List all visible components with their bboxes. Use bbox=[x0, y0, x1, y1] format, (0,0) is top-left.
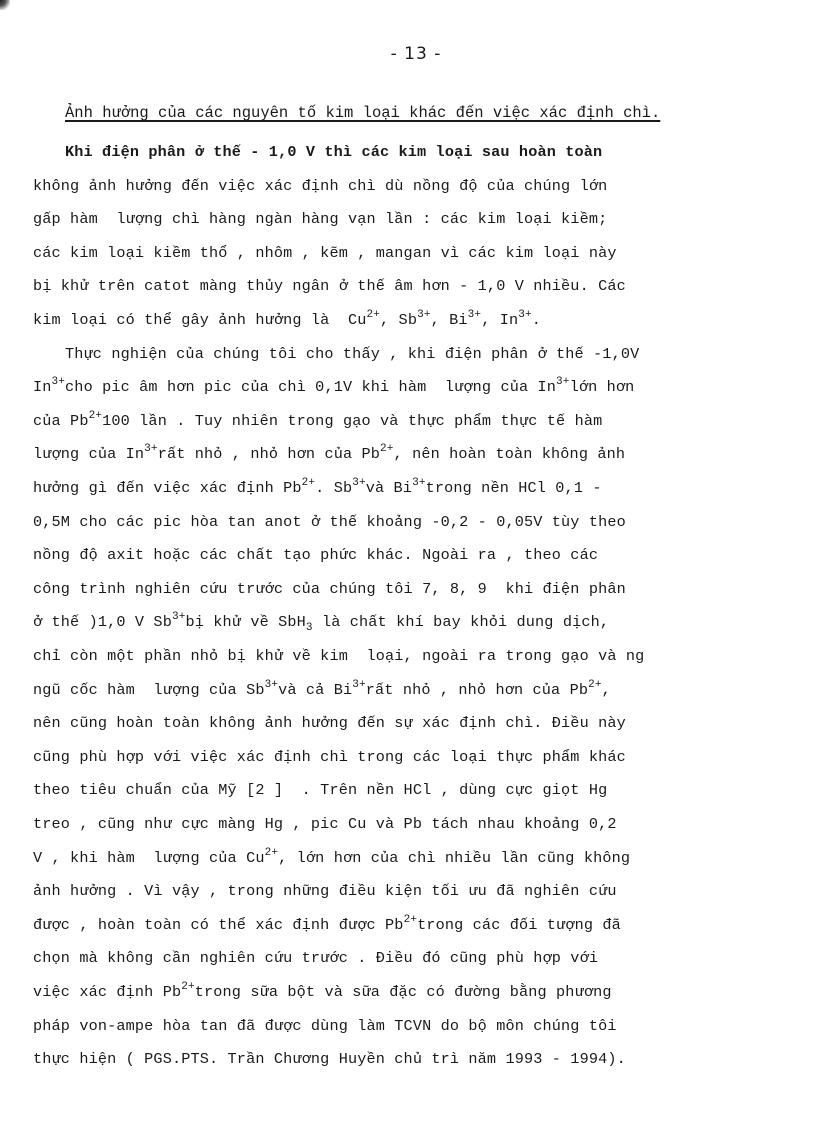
text-line: hưởng gì đến việc xác định Pb2+. Sb3+và … bbox=[33, 478, 602, 498]
text-run: , bbox=[602, 681, 611, 699]
superscript-charge: 3+ bbox=[518, 309, 532, 321]
superscript-charge: 3+ bbox=[352, 679, 366, 691]
superscript-charge: 3+ bbox=[52, 376, 66, 388]
text-run: thực hiện ( PGS.PTS. Trần Chương Huyền c… bbox=[33, 1050, 626, 1068]
superscript-charge: 2+ bbox=[588, 679, 602, 691]
text-run: ngũ cốc hàm lượng của Sb bbox=[33, 681, 265, 699]
text-line: gấp hàm lượng chì hàng ngàn hàng vạn lần… bbox=[33, 209, 607, 229]
text-run: theo tiêu chuẩn của Mỹ [2 ] . Trên nền H… bbox=[33, 781, 607, 799]
text-run: , nên hoàn toàn không ảnh bbox=[394, 445, 626, 463]
text-run: 0,5M cho các pic hòa tan anot ở thế khoả… bbox=[33, 513, 626, 531]
page-number: - 13 - bbox=[0, 44, 816, 64]
text-line: nên cũng hoàn toàn không ảnh hưởng đến s… bbox=[33, 713, 626, 733]
text-run: trong các đối tượng đã bbox=[417, 916, 621, 934]
text-line: pháp von-ampe hòa tan đã được dùng làm T… bbox=[33, 1016, 617, 1036]
text-run: pháp von-ampe hòa tan đã được dùng làm T… bbox=[33, 1017, 617, 1035]
text-run: chọn mà không cần nghiên cứu trước . Điề… bbox=[33, 949, 598, 967]
section-heading: Ảnh hưởng của các nguyên tố kim loại khá… bbox=[65, 104, 660, 122]
text-line: 0,5M cho các pic hòa tan anot ở thế khoả… bbox=[33, 512, 626, 532]
text-run: trong nền HCl 0,1 - bbox=[426, 479, 602, 497]
text-line: chọn mà không cần nghiên cứu trước . Điề… bbox=[33, 948, 598, 968]
text-run: ảnh hưởng . Vì vậy , trong những điều ki… bbox=[33, 882, 617, 900]
text-line: việc xác định Pb2+trong sữa bột và sữa đ… bbox=[33, 982, 612, 1002]
text-run: và Bi bbox=[366, 479, 412, 497]
text-line: ngũ cốc hàm lượng của Sb3+và cả Bi3+rất … bbox=[33, 680, 611, 700]
text-line: nồng độ axit hoặc các chất tạo phức khác… bbox=[33, 545, 598, 565]
text-run: Thực nghiện của chúng tôi cho thấy , khi… bbox=[65, 345, 639, 363]
text-line: ở thế )1,0 V Sb3+bị khử về SbH3 là chất … bbox=[33, 612, 609, 632]
text-line: công trình nghiên cứu trước của chúng tô… bbox=[33, 579, 626, 599]
superscript-charge: 2+ bbox=[367, 309, 381, 321]
text-run: cũng phù hợp với việc xác định chì trong… bbox=[33, 748, 626, 766]
text-line: bị khử trên catot màng thủy ngân ở thế â… bbox=[33, 276, 626, 296]
text-run: . bbox=[532, 311, 541, 329]
text-line: của Pb2+100 lần . Tuy nhiên trong gạo và… bbox=[33, 411, 602, 431]
superscript-charge: 3+ bbox=[144, 443, 158, 455]
text-line: Thực nghiện của chúng tôi cho thấy , khi… bbox=[65, 344, 639, 364]
superscript-charge: 2+ bbox=[181, 981, 195, 993]
superscript-charge: 3+ bbox=[352, 477, 366, 489]
text-run: kim loại có thể gây ảnh hưởng là Cu bbox=[33, 311, 367, 329]
text-run: lớn hơn bbox=[570, 378, 635, 396]
text-run: treo , cũng như cực màng Hg , pic Cu và … bbox=[33, 815, 617, 833]
scan-artifact bbox=[0, 0, 10, 10]
text-run: . Sb bbox=[315, 479, 352, 497]
text-run: cho pic âm hơn pic của chì 0,1V khi hàm … bbox=[65, 378, 556, 396]
text-run: các kim loại kiềm thổ , nhôm , kẽm , man… bbox=[33, 244, 617, 262]
superscript-charge: 3+ bbox=[265, 679, 279, 691]
text-run: 100 lần . Tuy nhiên trong gạo và thực ph… bbox=[102, 412, 602, 430]
superscript-charge: 3+ bbox=[417, 309, 431, 321]
text-run: Khi điện phân ở thế - 1,0 V thì các kim … bbox=[65, 143, 602, 161]
superscript-charge: 3+ bbox=[412, 477, 426, 489]
text-run: V , khi hàm lượng của Cu bbox=[33, 849, 265, 867]
text-run: việc xác định Pb bbox=[33, 983, 181, 1001]
text-run: và cả Bi bbox=[278, 681, 352, 699]
superscript-charge: 2+ bbox=[404, 914, 418, 926]
superscript-charge: 3+ bbox=[556, 376, 570, 388]
superscript-charge: 2+ bbox=[89, 410, 103, 422]
text-run: , In bbox=[481, 311, 518, 329]
superscript-charge: 2+ bbox=[380, 443, 394, 455]
superscript-charge: 3+ bbox=[468, 309, 482, 321]
text-line: các kim loại kiềm thổ , nhôm , kẽm , man… bbox=[33, 243, 617, 263]
text-line: không ảnh hưởng đến việc xác định chì dù… bbox=[33, 176, 607, 196]
text-run: là chất khí bay khỏi dung dịch, bbox=[313, 613, 609, 631]
text-line: cũng phù hợp với việc xác định chì trong… bbox=[33, 747, 626, 767]
text-run: , Bi bbox=[431, 311, 468, 329]
text-run: In bbox=[33, 378, 52, 396]
text-run: rất nhỏ , nhỏ hơn của Pb bbox=[366, 681, 588, 699]
text-run: bị khử về SbH bbox=[185, 613, 305, 631]
text-run: hưởng gì đến việc xác định Pb bbox=[33, 479, 302, 497]
superscript-charge: 2+ bbox=[265, 847, 279, 859]
text-line: thực hiện ( PGS.PTS. Trần Chương Huyền c… bbox=[33, 1049, 626, 1069]
text-run: công trình nghiên cứu trước của chúng tô… bbox=[33, 580, 626, 598]
text-line: được , hoàn toàn có thể xác định được Pb… bbox=[33, 915, 621, 935]
text-run: chỉ còn một phần nhỏ bị khử về kim loại,… bbox=[33, 647, 644, 665]
text-line: V , khi hàm lượng của Cu2+, lớn hơn của … bbox=[33, 848, 630, 868]
text-line: ảnh hưởng . Vì vậy , trong những điều ki… bbox=[33, 881, 617, 901]
text-run: của Pb bbox=[33, 412, 89, 430]
text-line: kim loại có thể gây ảnh hưởng là Cu2+, S… bbox=[33, 310, 541, 330]
text-run: rất nhỏ , nhỏ hơn của Pb bbox=[158, 445, 380, 463]
text-run: ở thế )1,0 V Sb bbox=[33, 613, 172, 631]
text-run: lượng của In bbox=[33, 445, 144, 463]
text-run: nồng độ axit hoặc các chất tạo phức khác… bbox=[33, 546, 598, 564]
text-line: treo , cũng như cực màng Hg , pic Cu và … bbox=[33, 814, 617, 834]
text-run: , Sb bbox=[380, 311, 417, 329]
text-line: Khi điện phân ở thế - 1,0 V thì các kim … bbox=[65, 142, 602, 162]
text-run: , lớn hơn của chì nhiều lần cũng không bbox=[278, 849, 630, 867]
text-line: theo tiêu chuẩn của Mỹ [2 ] . Trên nền H… bbox=[33, 780, 607, 800]
text-line: In3+cho pic âm hơn pic của chì 0,1V khi … bbox=[33, 377, 634, 397]
text-run: bị khử trên catot màng thủy ngân ở thế â… bbox=[33, 277, 626, 295]
text-run: được , hoàn toàn có thể xác định được Pb bbox=[33, 916, 404, 934]
text-line: lượng của In3+rất nhỏ , nhỏ hơn của Pb2+… bbox=[33, 444, 625, 464]
text-run: không ảnh hưởng đến việc xác định chì dù… bbox=[33, 177, 607, 195]
superscript-charge: 3+ bbox=[172, 611, 186, 623]
text-run: trong sữa bột và sữa đặc có đường bằng p… bbox=[195, 983, 612, 1001]
text-run: gấp hàm lượng chì hàng ngàn hàng vạn lần… bbox=[33, 210, 607, 228]
superscript-charge: 2+ bbox=[302, 477, 316, 489]
text-run: nên cũng hoàn toàn không ảnh hưởng đến s… bbox=[33, 714, 626, 732]
text-line: chỉ còn một phần nhỏ bị khử về kim loại,… bbox=[33, 646, 644, 666]
subscript: 3 bbox=[306, 622, 313, 634]
